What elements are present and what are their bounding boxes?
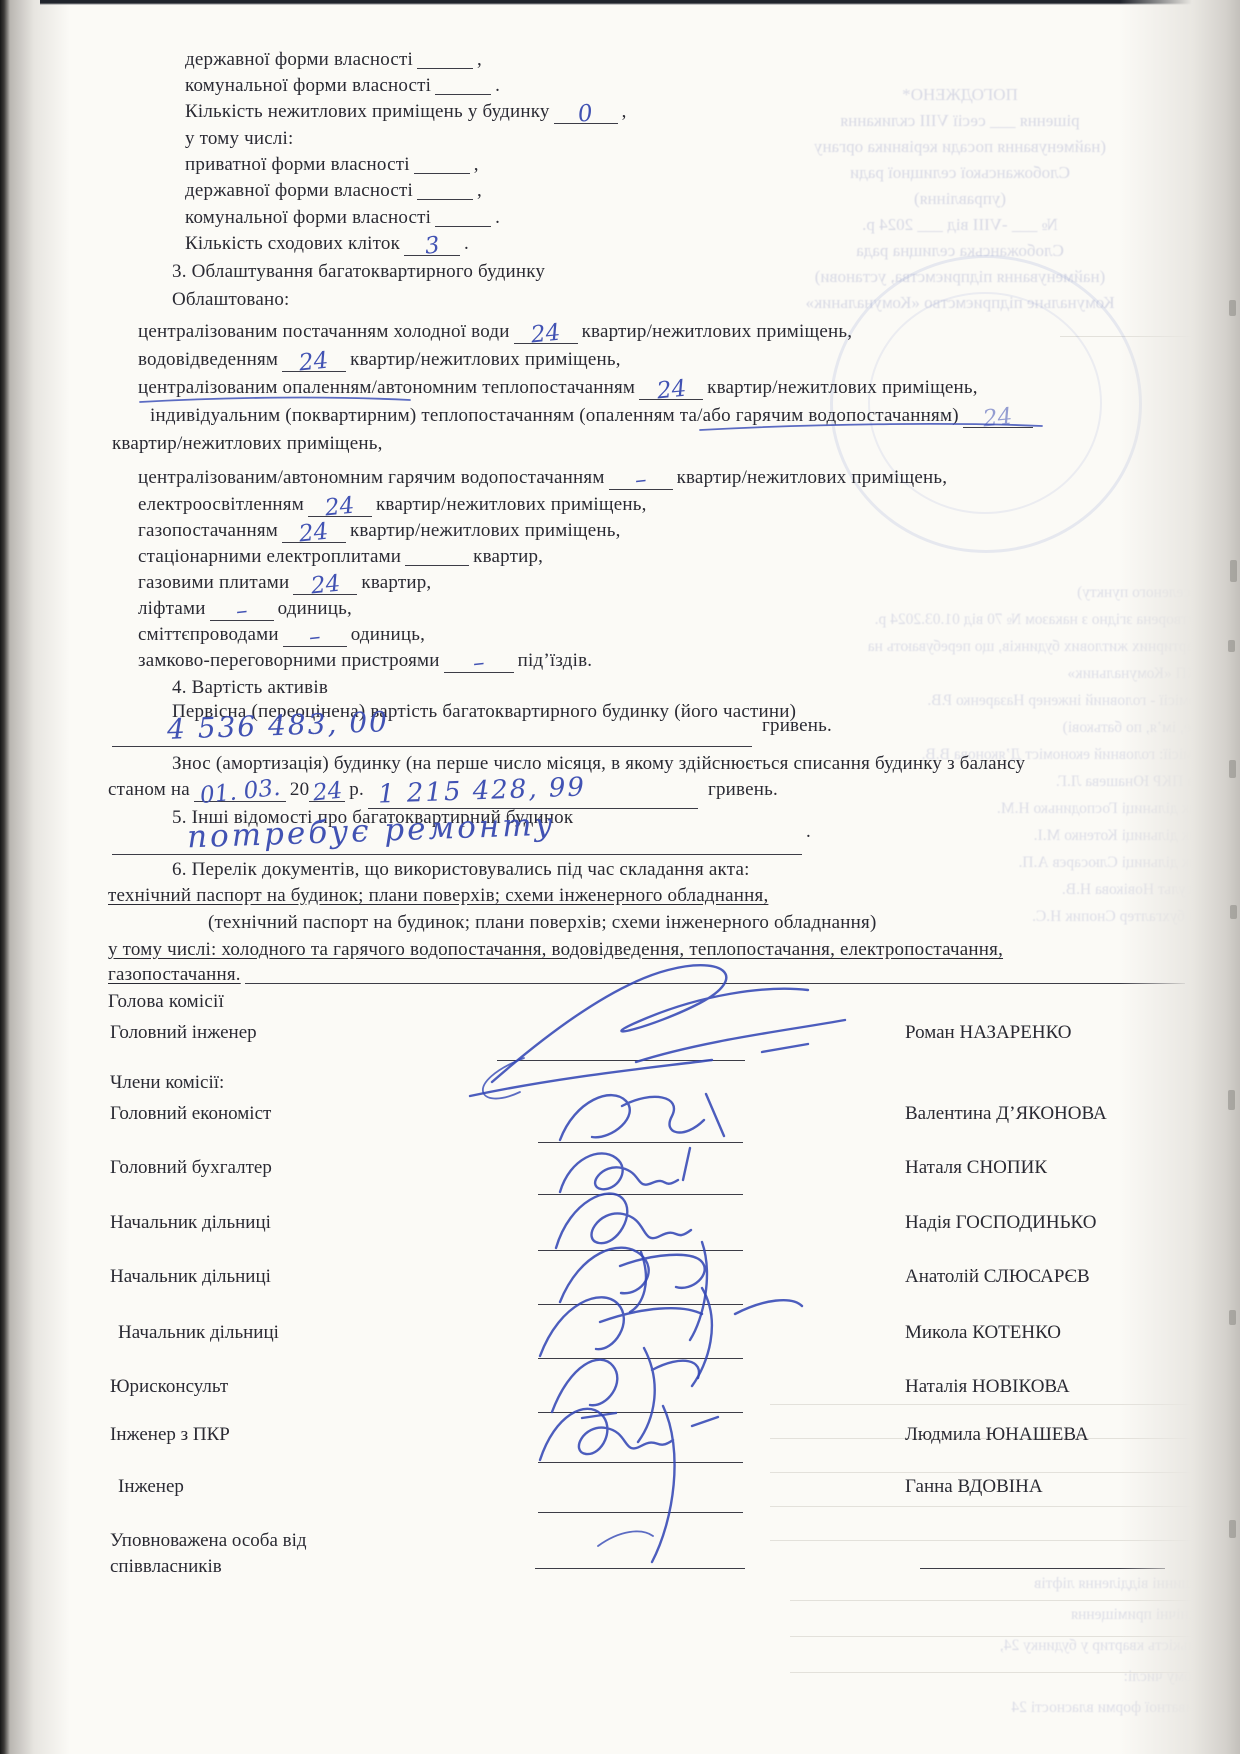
fold-mark [1228, 1090, 1235, 1110]
role-chief-accountant: Головний бухгалтер [110, 1157, 272, 1179]
blank-field [245, 965, 1185, 984]
scan-edge-top [40, 0, 1240, 5]
blank-field [435, 206, 491, 227]
signature-sliusariev [560, 1242, 707, 1340]
name-section-chief-2: Анатолій СЛЮСАРЄВ [905, 1266, 1090, 1288]
line-gas-stoves: газовими плитами24квартир, [138, 571, 431, 595]
heading-section-6: 6. Перелік документів, що використовувал… [172, 858, 750, 882]
handwritten-value: 0 [577, 102, 594, 126]
blank-field: 24 [514, 323, 578, 344]
role-coowners-representative: Уповноважена особа від [110, 1530, 307, 1552]
signature-novikova [552, 1348, 699, 1442]
blank-field [417, 179, 473, 200]
fold-mark [1229, 760, 1236, 778]
name-chief-engineer: Роман НАЗАРЕНКО [905, 1022, 1072, 1044]
signature-yunasheva [540, 1406, 718, 1562]
line-sewerage: водовідведенням24квартир/нежитлових прим… [138, 348, 621, 372]
handwritten-amount: 4 536 483, 00 [167, 708, 390, 744]
scan-page-fold-right [1120, 0, 1240, 1754]
handwritten-date: 01. 03. [199, 777, 281, 808]
blank-field: – [609, 469, 673, 490]
blank-field: 3 [404, 235, 460, 256]
blank-field [414, 153, 470, 174]
signature-hospodynko [556, 1194, 691, 1312]
label-commission-members: Члени комісії: [110, 1072, 224, 1094]
signature-line [535, 1568, 745, 1569]
scan-edge-left [0, 0, 70, 1754]
blank-field: – [283, 626, 347, 647]
line-cold-water: централізованим постачанням холодної вод… [138, 320, 852, 344]
signature-vdovina [598, 1531, 653, 1546]
signature-line [497, 1060, 745, 1061]
blank-field: 24 [639, 379, 703, 400]
line-documents-including: у тому числі: холодного та гарячого водо… [108, 938, 1003, 962]
role-coowners-representative-2: співвласників [110, 1556, 222, 1578]
handwritten-dash: – [235, 599, 249, 623]
line-equipped: Облаштовано: [172, 288, 290, 312]
signature-kotenko [540, 1288, 802, 1386]
fold-mark [1229, 1520, 1236, 1538]
bleed-line: № ___ -VIII від ___ 2024 р. [760, 212, 1160, 238]
blank-date-field: 01. 03. [194, 781, 286, 802]
signature-line [538, 1250, 743, 1251]
blank-field: 24 [963, 407, 1033, 428]
signature-line [538, 1142, 743, 1143]
blank-amount-field: 1 215 428, 99 [368, 778, 698, 809]
line-gas-supply-doc: газопостачання. [108, 963, 1189, 987]
name-section-chief-3: Микола КОТЕНКО [905, 1322, 1061, 1344]
blank-field: – [210, 600, 274, 621]
role-chief-economist: Головний економіст [110, 1103, 271, 1125]
signature-line [538, 1194, 743, 1195]
name-chief-economist: Валентина Д’ЯКОНОВА [905, 1103, 1107, 1125]
blank-field: 24 [308, 496, 372, 517]
line-gas-supply: газопостачанням24квартир/нежитлових прим… [138, 519, 621, 543]
signature-nazarenko-flourish [483, 1058, 524, 1099]
handwritten-value: 3 [424, 234, 441, 258]
line-electric-stoves: стаціонарними електроплитамиквартир, [138, 545, 543, 569]
handwritten-value: 24 [982, 406, 1014, 432]
role-section-chief-3: Начальник дільниці [118, 1322, 279, 1344]
name-legal-counsel: Наталія НОВІКОВА [905, 1376, 1070, 1398]
blank-field: потребує ремонту [112, 816, 802, 855]
blank-field: 24 [282, 522, 346, 543]
bleed-line: рішення ___ сесії VIII скликання [760, 108, 1160, 134]
blank-field: 24 [293, 574, 357, 595]
role-legal-counsel: Юрисконсульт [110, 1376, 228, 1398]
fold-mark [1230, 905, 1237, 919]
line-nonresidential-count: Кількість нежитлових приміщень у будинку… [185, 100, 627, 124]
line-private-ownership: приватної форми власності, [185, 153, 479, 177]
bleed-line: ПОГОДЖЕНО* [760, 82, 1160, 108]
handwritten-dash: – [308, 625, 322, 649]
line-state-ownership-2: державної форми власності, [185, 179, 482, 203]
handwritten-note: потребує ремонту [187, 810, 557, 854]
signature-line [538, 1512, 743, 1513]
line-electric-lighting: електроосвітленням24квартир/нежитлових п… [138, 493, 647, 517]
heading-section-3: 3. Облаштування багатоквартирного будинк… [172, 260, 545, 284]
name-engineer: Ганна ВДОВІНА [905, 1476, 1043, 1498]
signature-line [538, 1462, 743, 1463]
line-individual-heating-cont: квартир/нежитлових приміщень, [112, 432, 383, 456]
role-section-chief-1: Начальник дільниці [110, 1212, 271, 1234]
scanned-act-page: ПОГОДЖЕНО* рішення ___ сесії VIII склика… [0, 0, 1240, 1754]
line-elevators: ліфтами–одиниць, [138, 597, 352, 621]
bleed-line: (найменування посади керівника органу [760, 134, 1160, 160]
handwritten-value: 24 [298, 521, 330, 547]
role-engineer: Інженер [118, 1476, 184, 1498]
handwritten-value: 24 [310, 573, 342, 599]
name-section-chief-1: Надія ГОСПОДИНЬКО [905, 1212, 1096, 1234]
line-garbage-chutes: сміттєпроводами–одиниць, [138, 623, 425, 647]
blank-field: 4 536 483, 00 [112, 712, 752, 747]
line-individual-heating: індивідуальним (поквартирним) теплопоста… [150, 404, 1037, 428]
blank-field: 0 [554, 103, 618, 124]
blank-field: 24 [282, 351, 346, 372]
line-documents-used-caption: (технічний паспорт на будинок; плани пов… [208, 911, 877, 935]
name-pkr-engineer: Людмила ЮНАШЕВА [905, 1424, 1089, 1446]
line-state-ownership-1: державної форми власності, [185, 48, 482, 72]
fold-mark [1230, 560, 1237, 582]
handwritten-amount: 1 215 428, 99 [378, 774, 587, 807]
line-depreciation-value: станом на01. 03.2024р.1 215 428, 99гриве… [108, 778, 778, 809]
signature-snopyk [560, 1148, 690, 1192]
fold-mark [1229, 300, 1236, 316]
handwritten-dash: – [472, 651, 486, 675]
name-chief-accountant: Наталя СНОПИК [905, 1157, 1047, 1179]
role-chief-engineer: Головний інженер [110, 1022, 257, 1044]
blank-year-field: 24 [309, 781, 345, 802]
line-staircase-count: Кількість сходових кліток3. [185, 232, 469, 256]
fold-mark [1228, 640, 1235, 652]
blank-field: – [444, 652, 514, 673]
signature-line [538, 1304, 743, 1305]
heading-section-4: 4. Вартість активів [172, 676, 328, 700]
line-hot-water: централізованим/автономним гарячим водоп… [138, 466, 947, 490]
line-intercoms: замково-переговорними пристроями–під’їзд… [138, 649, 592, 673]
line-depreciation-label: Знос (амортизація) будинку (на перше чис… [172, 752, 1025, 776]
fold-mark [1229, 1310, 1236, 1325]
handwritten-value: 24 [298, 350, 330, 376]
handwritten-value: 24 [530, 322, 562, 348]
line-commission-head: Голова комісії [108, 990, 224, 1014]
signature-dyakonova [560, 1094, 724, 1140]
handwritten-value: 24 [324, 495, 356, 521]
blank-field [417, 48, 473, 69]
role-section-chief-2: Начальник дільниці [110, 1266, 271, 1288]
handwritten-value: 24 [655, 378, 687, 404]
line-communal-ownership-1: комунальної форми власності. [185, 74, 500, 98]
signature-line [538, 1358, 743, 1359]
line-other-info-value: потребує ремонту. [108, 816, 811, 855]
role-pkr-engineer: Інженер з ПКР [110, 1424, 230, 1446]
blank-field [435, 74, 491, 95]
bleed-line: Слобожанської селищної ради [760, 160, 1160, 186]
line-including: у тому числі: [185, 127, 294, 151]
line-communal-ownership-2: комунальної форми власності. [185, 206, 500, 230]
line-documents-used: технічний паспорт на будинок; плани пове… [108, 884, 768, 908]
handwritten-year: 24 [312, 780, 344, 806]
blank-field [405, 545, 469, 566]
signature-line [538, 1412, 743, 1413]
bleed-line: (управління) [760, 186, 1160, 212]
handwritten-dash: – [634, 468, 648, 492]
line-initial-value: 4 536 483, 00гривень. [108, 712, 832, 747]
line-central-heating: централізованим опаленням/автономним теп… [138, 376, 978, 400]
